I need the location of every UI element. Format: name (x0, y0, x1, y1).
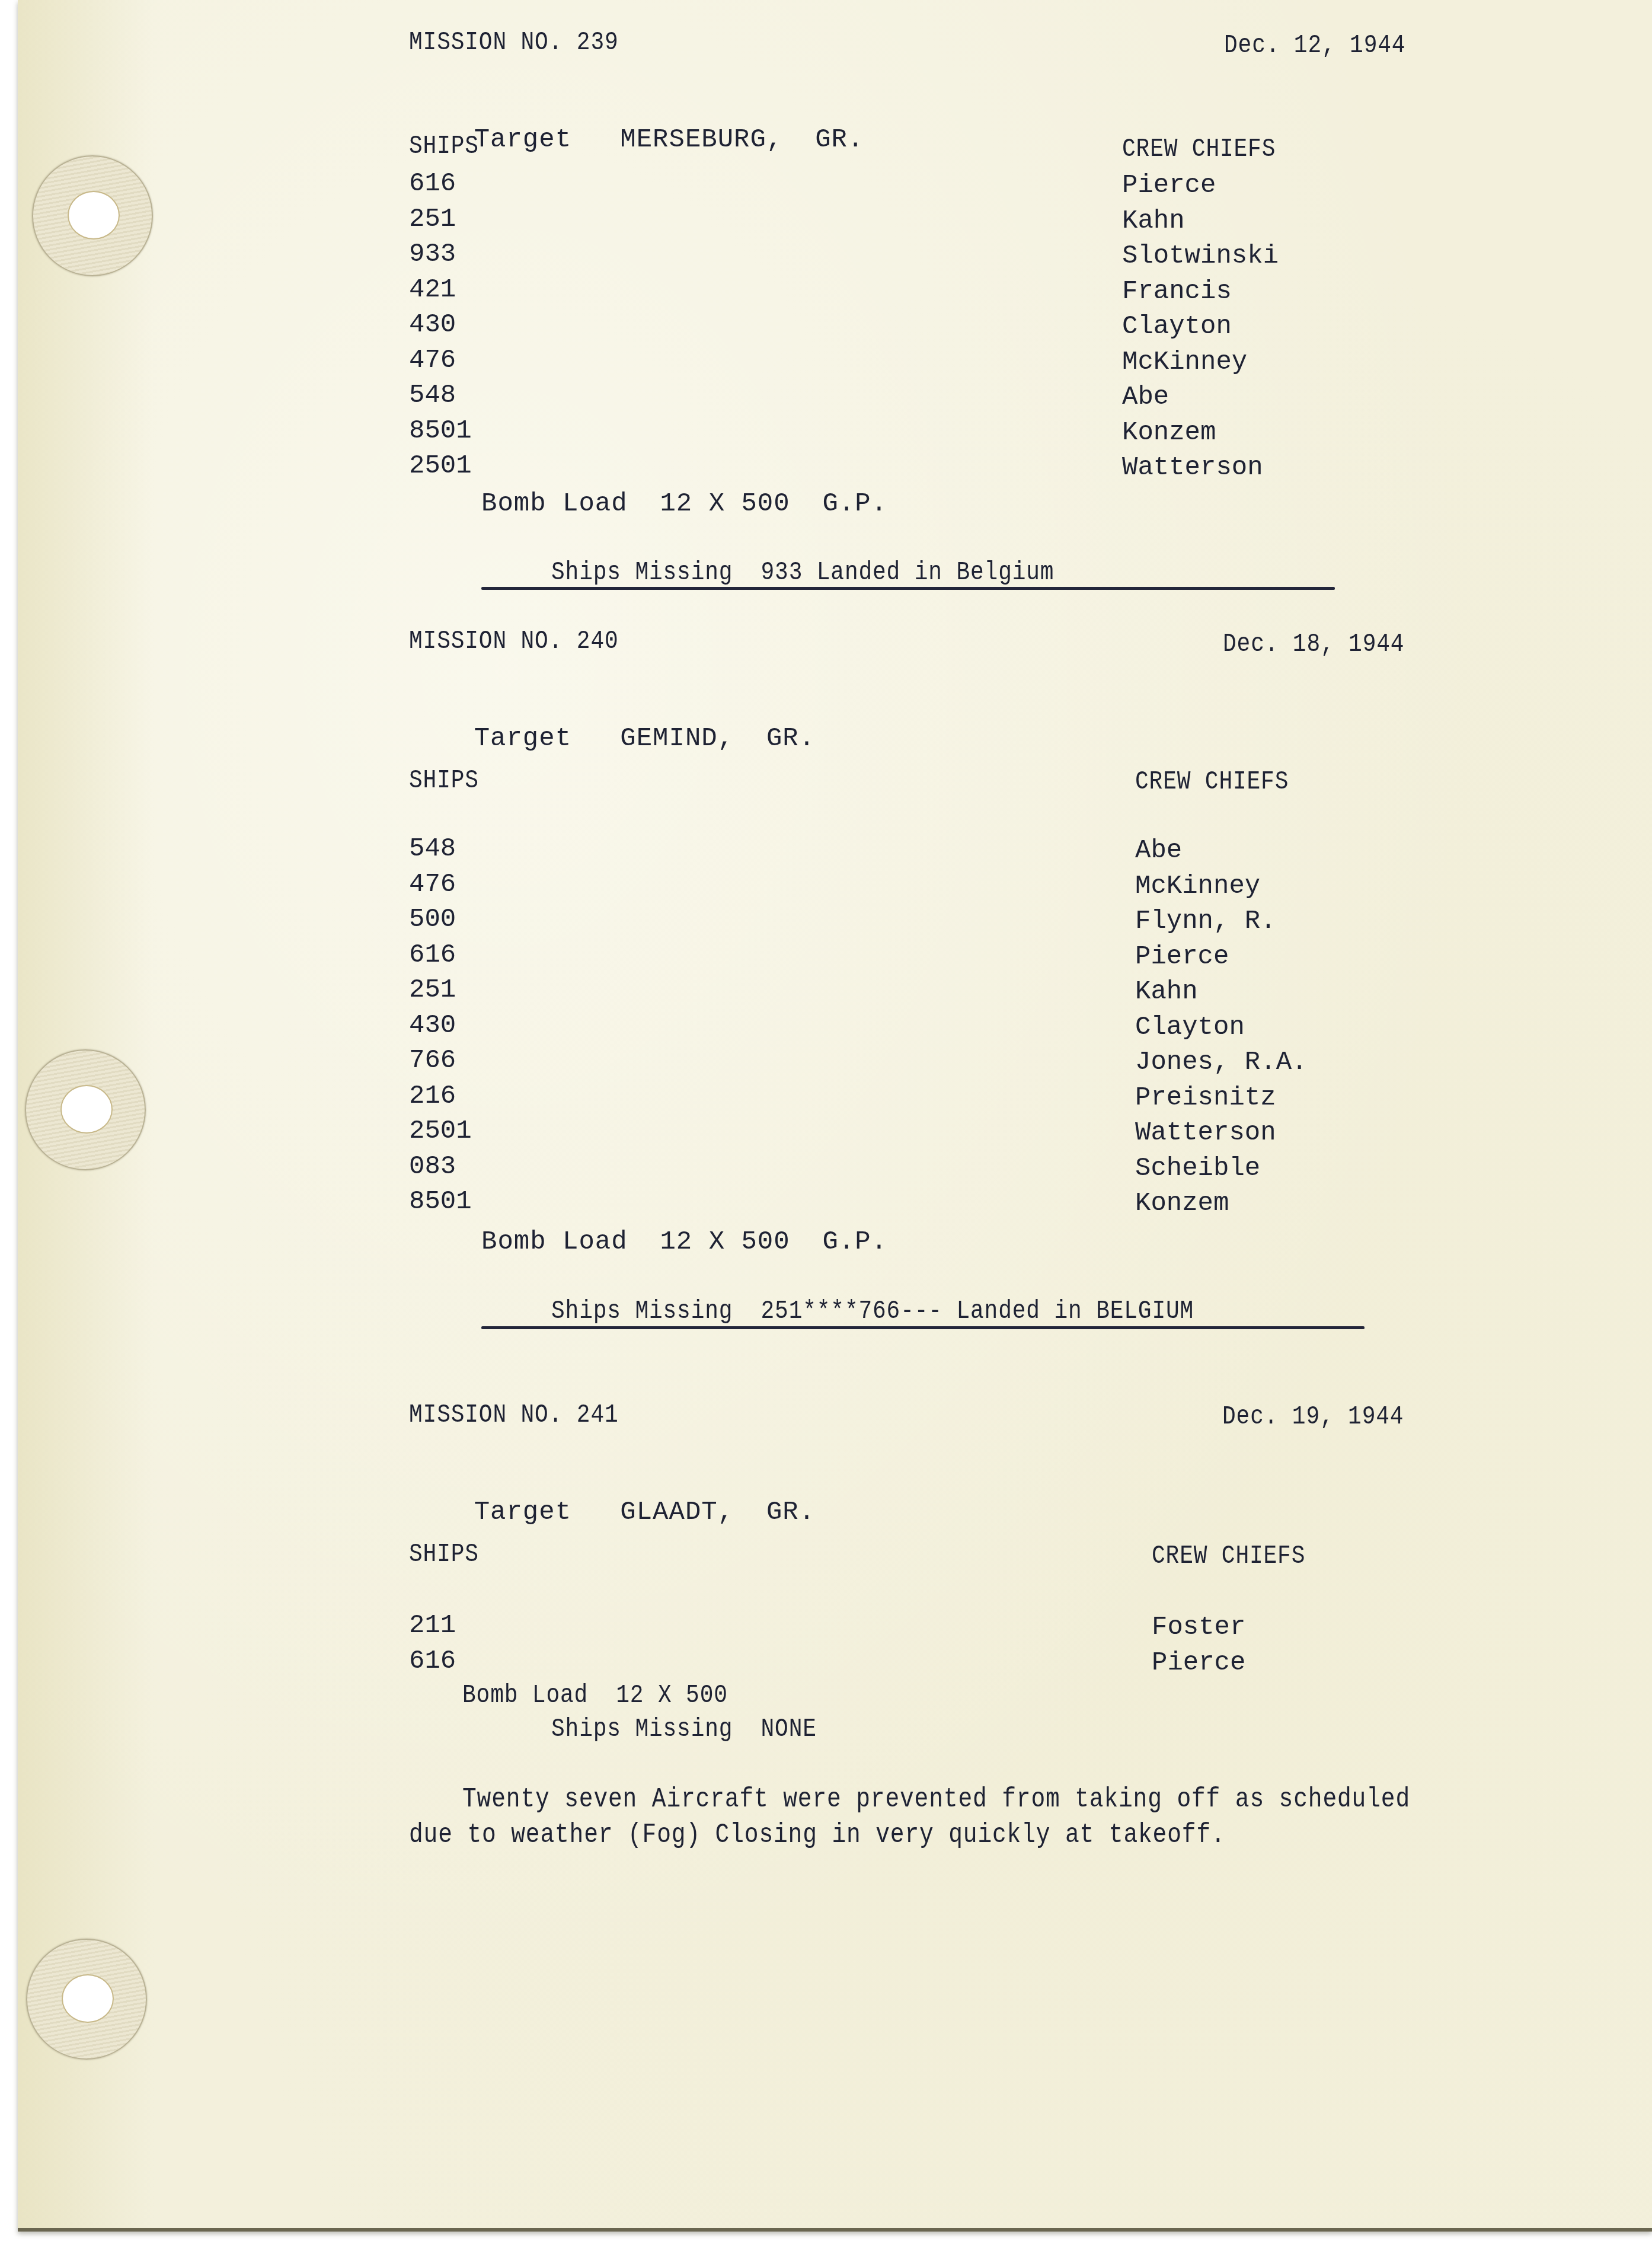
crew-chiefs-list: PierceKahnSlotwinskiFrancisClaytonMcKinn… (1122, 173, 1279, 490)
list-item: 2501 (409, 453, 472, 489)
list-item: Abe (1122, 384, 1279, 420)
bomb-load: Bomb Load 12 X 500 (462, 1683, 728, 1709)
list-item: Flynn, R. (1135, 908, 1307, 944)
list-item: 500 (409, 906, 472, 942)
paper-sheet (18, 0, 1652, 2232)
ships-header: SHIPS (409, 133, 479, 159)
list-item: Pierce (1122, 173, 1279, 208)
list-item: Watterson (1122, 455, 1279, 490)
list-item: 548 (409, 836, 472, 872)
hole-reinforcer-bottom (26, 1939, 147, 2060)
list-item: 616 (409, 1648, 456, 1684)
list-item: Scheible (1135, 1155, 1307, 1191)
list-item: 476 (409, 872, 472, 907)
list-item: 251 (409, 977, 472, 1013)
list-item: 251 (409, 206, 472, 242)
list-item: Preisnitz (1135, 1085, 1307, 1121)
list-item: Jones, R.A. (1135, 1049, 1307, 1085)
crew-chiefs-list: FosterPierce (1152, 1614, 1245, 1685)
list-item: 616 (409, 942, 472, 978)
mission-number: MISSION NO. 240 (409, 628, 619, 655)
list-item: 430 (409, 312, 472, 347)
punch-hole (62, 1974, 114, 2023)
ships-header: SHIPS (409, 768, 479, 794)
target-value: MERSEBURG, GR. (620, 125, 864, 155)
target-label: Target (474, 1498, 571, 1527)
list-item: McKinney (1135, 873, 1307, 909)
punch-hole (68, 191, 120, 240)
list-item: Pierce (1135, 944, 1307, 979)
ships-missing: Ships Missing NONE (551, 1716, 817, 1742)
weather-note-line-1: Twenty seven Aircraft were prevented fro… (462, 1786, 1410, 1813)
mission-date: Dec. 19, 1944 (1222, 1404, 1404, 1430)
underline-rule (481, 1326, 1365, 1329)
list-item: 211 (409, 1613, 456, 1648)
ships-list: 54847650061625143076621625010838501 (409, 836, 472, 1224)
list-item: 430 (409, 1013, 472, 1048)
list-item: Konzem (1135, 1190, 1307, 1226)
list-item: Kahn (1122, 208, 1279, 244)
list-item: 548 (409, 382, 472, 418)
mission-date: Dec. 18, 1944 (1223, 631, 1404, 657)
hole-reinforcer-middle (25, 1049, 146, 1170)
underline-rule (481, 587, 1335, 590)
punch-hole (60, 1085, 113, 1134)
list-item: 8501 (409, 1189, 472, 1224)
list-item: Clayton (1122, 314, 1279, 349)
list-item: 083 (409, 1154, 472, 1189)
bomb-load: Bomb Load 12 X 500 G.P. (481, 491, 887, 517)
list-item: Watterson (1135, 1120, 1307, 1155)
target-label: Target (474, 125, 571, 155)
ships-missing: Ships Missing 251****766--- Landed in BE… (551, 1298, 1194, 1324)
list-item: Kahn (1135, 979, 1307, 1014)
ships-list: 61625193342143047654885012501 (409, 171, 472, 489)
list-item: 421 (409, 277, 472, 312)
crew-chiefs-header: CREW CHIEFS (1122, 136, 1276, 162)
list-item: 616 (409, 171, 472, 206)
list-item: Clayton (1135, 1014, 1307, 1050)
weather-note-line-2: due to weather (Fog) Closing in very qui… (409, 1821, 1226, 1849)
crew-chiefs-list: AbeMcKinneyFlynn, R.PierceKahnClaytonJon… (1135, 838, 1307, 1226)
mission-number: MISSION NO. 239 (409, 30, 619, 56)
hole-reinforcer-top (32, 155, 153, 276)
list-item: 2501 (409, 1118, 472, 1154)
bomb-load: Bomb Load 12 X 500 G.P. (481, 1229, 887, 1255)
list-item: Pierce (1152, 1650, 1245, 1686)
list-item: 8501 (409, 418, 472, 454)
crew-chiefs-header: CREW CHIEFS (1135, 769, 1289, 795)
mission-date: Dec. 12, 1944 (1224, 33, 1405, 59)
mission-number: MISSION NO. 241 (409, 1402, 619, 1428)
crew-chiefs-header: CREW CHIEFS (1152, 1543, 1305, 1569)
list-item: McKinney (1122, 349, 1279, 385)
list-item: Foster (1152, 1614, 1245, 1650)
list-item: 933 (409, 241, 472, 277)
list-item: 216 (409, 1083, 472, 1119)
list-item: Francis (1122, 279, 1279, 314)
ships-list: 211616 (409, 1613, 456, 1683)
ships-missing: Ships Missing 933 Landed in Belgium (551, 560, 1054, 586)
list-item: Konzem (1122, 420, 1279, 455)
list-item: Slotwinski (1122, 243, 1279, 279)
target-value: GEMIND, GR. (620, 724, 815, 754)
list-item: Abe (1135, 838, 1307, 873)
list-item: 766 (409, 1048, 472, 1083)
target-value: GLAADT, GR. (620, 1498, 815, 1527)
ships-header: SHIPS (409, 1541, 479, 1568)
target-label: Target (474, 724, 571, 754)
list-item: 476 (409, 347, 472, 383)
